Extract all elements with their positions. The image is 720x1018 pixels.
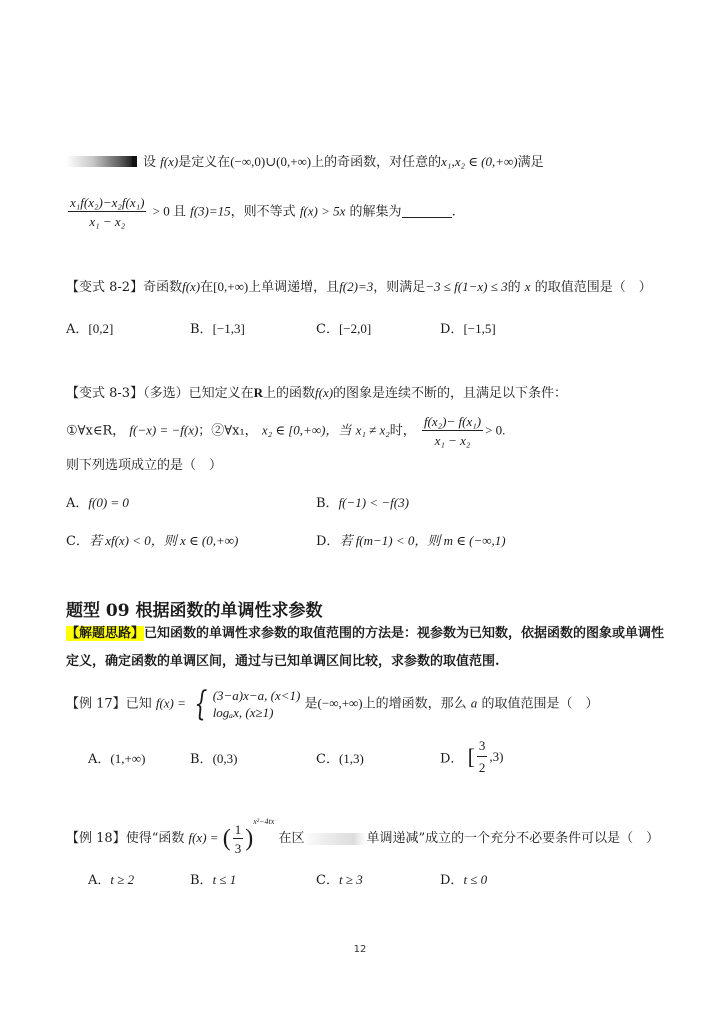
fraction: 13 xyxy=(233,823,244,855)
option-a[interactable]: A．[0,2] xyxy=(66,318,113,337)
option-value: ,3) xyxy=(489,749,503,764)
text: 是定义在 xyxy=(178,155,230,170)
variant-8-3-prompt: 则下列选项成立的是（ ） xyxy=(66,459,222,472)
text: ，则满足 xyxy=(373,280,425,295)
bar-end-decoration xyxy=(132,156,137,167)
text: > 0 且 xyxy=(153,204,186,219)
math-var: x xyxy=(525,279,531,294)
tip-text: 已知函数的单调性求参数的取值范围的方法是：视参数为已知数，依据函数的图象或单调性 xyxy=(144,626,664,641)
option-label: B． xyxy=(190,322,213,337)
option-a[interactable]: A．(1,+∞) xyxy=(88,748,145,767)
fraction-numerator: f(x₂)− f(x₁) xyxy=(422,415,483,431)
fraction-denominator: x₁ − x₂ xyxy=(89,212,125,228)
fraction-numerator: 1 xyxy=(233,823,244,839)
text: 奇函数 xyxy=(143,280,182,295)
text: 单调递减”成立的一个充分不必要条件可以是（ ） xyxy=(366,831,659,846)
text: 使得“函数 xyxy=(126,831,185,846)
text: 的解集为 xyxy=(350,205,402,220)
option-value: f(0) = 0 xyxy=(88,495,129,510)
option-value: [0,2] xyxy=(88,321,113,336)
paren-open: ( xyxy=(223,826,231,852)
obscured-region xyxy=(304,833,366,845)
option-c[interactable]: C．t ≥ 3 xyxy=(316,869,363,888)
math-f: f(x) xyxy=(182,279,200,294)
gradient-bar-decoration xyxy=(66,156,132,167)
option-b[interactable]: B．f(−1) < −f(3) xyxy=(316,492,409,511)
fraction-numerator: x₁f(x₂)−x₂f(x₁) xyxy=(68,196,146,212)
option-label: B． xyxy=(190,752,213,767)
example-18-question: 【例 18】使得“函数 f(x) = (13)x²−4tx 在区单调递减”成立的… xyxy=(66,818,659,855)
text: 上的增函数，那么 xyxy=(363,697,467,712)
problem-8-1-line1: 设 f(x)是定义在(−∞,0)∪(0,+∞)上的奇函数，对任意的x₁,x₂ ∈… xyxy=(66,155,544,169)
math-f: f(x) = xyxy=(188,830,218,845)
option-d[interactable]: D． [32,3) xyxy=(440,738,504,776)
option-value: (0,3) xyxy=(213,751,238,766)
option-label: C． xyxy=(316,873,339,888)
option-value: [−2,0] xyxy=(339,321,371,336)
text: 的取值范围是（ ） xyxy=(481,697,598,712)
option-b[interactable]: B．(0,3) xyxy=(190,748,237,767)
paren-close: ) xyxy=(245,826,253,852)
math-f: f(x) xyxy=(315,385,333,400)
section-heading: 题型 09 根据函数的单调性求参数 xyxy=(66,596,323,621)
question-label: 【变式 8-3】 xyxy=(66,386,143,401)
option-value: [−1,3] xyxy=(213,321,245,336)
option-label: D． xyxy=(316,534,339,549)
option-label: D． xyxy=(440,322,463,337)
math-var: a xyxy=(471,696,478,711)
option-value: t ≥ 2 xyxy=(110,872,134,887)
fraction-denominator: x₁ − x₂ xyxy=(435,431,471,447)
math-f: f(x) = xyxy=(156,696,186,711)
question-label: 【变式 8-2】 xyxy=(66,280,143,295)
option-d[interactable]: D．t ≤ 0 xyxy=(440,869,487,888)
condition-1: ①∀x∈R， xyxy=(66,424,125,439)
text: > 0. xyxy=(485,423,505,438)
text: 在 xyxy=(200,280,213,295)
option-d[interactable]: D．若 f(m−1) < 0，则 m ∈ (−∞,1) xyxy=(316,530,506,549)
option-value: (1,+∞) xyxy=(110,751,145,766)
option-label: D． xyxy=(440,873,463,888)
answer-blank[interactable] xyxy=(402,217,452,218)
text: ，则不等式 xyxy=(231,205,296,220)
text: 上单调递增，且 xyxy=(248,280,339,295)
text: 是 xyxy=(305,697,318,712)
solution-tip-line1: 【解题思路】已知函数的单调性求参数的取值范围的方法是：视参数为已知数，依据函数的… xyxy=(66,627,664,640)
text: 满足 xyxy=(518,155,544,170)
option-value: 若 f(m−1) < 0，则 m ∈ (−∞,1) xyxy=(339,533,505,548)
text: 的 xyxy=(508,280,521,295)
bracket: [ xyxy=(468,744,475,769)
fraction-numerator: 3 xyxy=(477,738,488,757)
example-17-question: 【例 17】已知 f(x) = { (3−a)x−a, (x<1) logₐx,… xyxy=(66,687,598,721)
math-interval: [0,+∞) xyxy=(213,279,248,294)
math-domain: x₂ ∈ [0,+∞)，当 xyxy=(262,423,352,438)
math-inequality: −3 ≤ f(1−x) ≤ 3 xyxy=(425,279,507,294)
option-value: t ≤ 0 xyxy=(463,872,487,887)
text: 上的奇函数，对任意的 xyxy=(311,155,441,170)
text: 在区 xyxy=(278,831,304,846)
math-domain: (−∞,+∞) xyxy=(318,696,363,711)
option-label: C． xyxy=(66,534,89,549)
option-value: (1,3) xyxy=(339,751,364,766)
math-domain: (−∞,0)∪(0,+∞) xyxy=(230,154,311,169)
option-label: A． xyxy=(66,496,88,511)
fraction: x₁f(x₂)−x₂f(x₁) x₁ − x₂ xyxy=(68,196,146,228)
exponent: x²−4tx xyxy=(253,817,274,826)
option-b[interactable]: B．t ≤ 1 xyxy=(190,869,236,888)
text: 时， xyxy=(390,424,416,439)
fraction-denominator: 2 xyxy=(479,757,486,776)
math-neq: x₁ ≠ x₂ xyxy=(356,423,390,438)
fraction: f(x₂)− f(x₁) x₁ − x₂ xyxy=(422,415,483,447)
case-1: (3−a)x−a, (x<1) xyxy=(213,689,301,702)
piecewise-function: { (3−a)x−a, (x<1) logₐx, (x≥1) xyxy=(190,687,300,721)
option-label: A． xyxy=(88,752,110,767)
option-b[interactable]: B．[−1,3] xyxy=(190,318,245,337)
option-c[interactable]: C．(1,3) xyxy=(316,748,364,767)
tip-label: 【解题思路】 xyxy=(66,626,144,641)
variant-8-2-question: 【变式 8-2】奇函数f(x)在[0,+∞)上单调递增，且f(2)=3，则满足−… xyxy=(66,280,652,294)
option-label: A． xyxy=(66,322,88,337)
option-c[interactable]: C．[−2,0] xyxy=(316,318,371,337)
fraction-denominator: 3 xyxy=(235,839,242,855)
option-label: B． xyxy=(190,873,213,888)
option-value: t ≥ 3 xyxy=(339,872,363,887)
text: . xyxy=(452,205,456,220)
variant-8-3-conditions: ①∀x∈R， f(−x) = −f(x)；②∀x₁， x₂ ∈ [0,+∞)，当… xyxy=(66,415,505,447)
option-value: f(−1) < −f(3) xyxy=(339,495,409,510)
text: 的取值范围是（ ） xyxy=(535,280,652,295)
brace-icon: { xyxy=(194,687,207,721)
text: 设 xyxy=(143,155,156,170)
option-label: D． xyxy=(440,752,463,767)
question-label: 【例 17】 xyxy=(66,697,126,712)
case-2: logₐx, (x≥1) xyxy=(213,706,301,719)
math-condition: f(2)=3 xyxy=(339,279,373,294)
option-value: 若 xf(x) < 0，则 x ∈ (0,+∞) xyxy=(89,533,238,548)
text: 已知 xyxy=(126,697,152,712)
math-equation: f(−x) = −f(x) xyxy=(129,423,198,438)
math-inequality: f(x) > 5x xyxy=(300,204,346,219)
option-a[interactable]: A．f(0) = 0 xyxy=(66,492,129,511)
math-R: R xyxy=(254,385,263,400)
text: （多选）已知定义在 xyxy=(143,386,254,401)
fraction: 32 xyxy=(477,738,488,776)
option-d[interactable]: D．[−1,5] xyxy=(440,318,496,337)
condition-2: ；②∀x₁， xyxy=(198,424,257,439)
page-number: 12 xyxy=(0,944,720,955)
option-value: [−1,5] xyxy=(463,321,495,336)
text: 的图象是连续不断的，且满足以下条件： xyxy=(333,386,567,401)
option-c[interactable]: C．若 xf(x) < 0，则 x ∈ (0,+∞) xyxy=(66,530,238,549)
math-condition: f(3)=15 xyxy=(190,204,231,219)
option-label: C． xyxy=(316,322,339,337)
option-label: C． xyxy=(316,752,339,767)
solution-tip-line2: 定义，确定函数的单调区间，通过与已知单调区间比较，求参数的取值范围. xyxy=(66,655,500,668)
option-a[interactable]: A．t ≥ 2 xyxy=(88,869,134,888)
option-label: B． xyxy=(316,496,339,511)
problem-8-1-line2: x₁f(x₂)−x₂f(x₁) x₁ − x₂ > 0 且 f(3)=15，则不… xyxy=(66,196,456,228)
option-value: t ≤ 1 xyxy=(213,872,237,887)
text: 上的函数 xyxy=(263,386,315,401)
math-f: f(x) xyxy=(160,154,178,169)
math-vars: x₁,x₂ ∈ (0,+∞) xyxy=(441,154,517,169)
option-label: A． xyxy=(88,873,110,888)
question-label: 【例 18】 xyxy=(66,831,126,846)
variant-8-3-question: 【变式 8-3】（多选）已知定义在R上的函数f(x)的图象是连续不断的，且满足以… xyxy=(66,386,567,400)
